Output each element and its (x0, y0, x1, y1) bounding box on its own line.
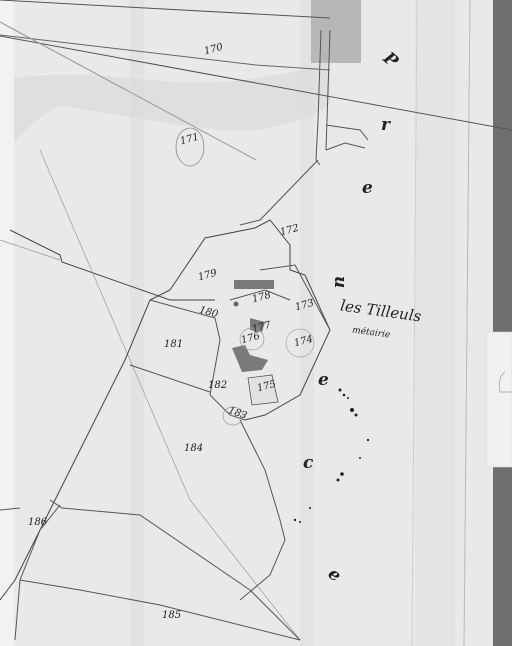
road-letter: r (381, 115, 390, 135)
parcel-label-185: 185 (162, 610, 181, 621)
cadastral-map: 170 171 172 173 174 175 176 177 178 179 … (0, 0, 512, 646)
parcel-label-186: 186 (28, 517, 47, 528)
well-icon (234, 302, 239, 307)
building-outbuilding (234, 280, 274, 289)
parcel-label-184: 184 (184, 443, 203, 454)
road-letter: c (303, 453, 313, 473)
taped-tab (486, 332, 512, 467)
shaded-parcel-block (311, 0, 361, 63)
parcel-label-182: 182 (208, 380, 227, 391)
road-letter: e (362, 178, 373, 198)
road-letter: u (330, 276, 350, 288)
parcel-label-181: 181 (164, 339, 183, 350)
road-letter: e (318, 370, 329, 390)
